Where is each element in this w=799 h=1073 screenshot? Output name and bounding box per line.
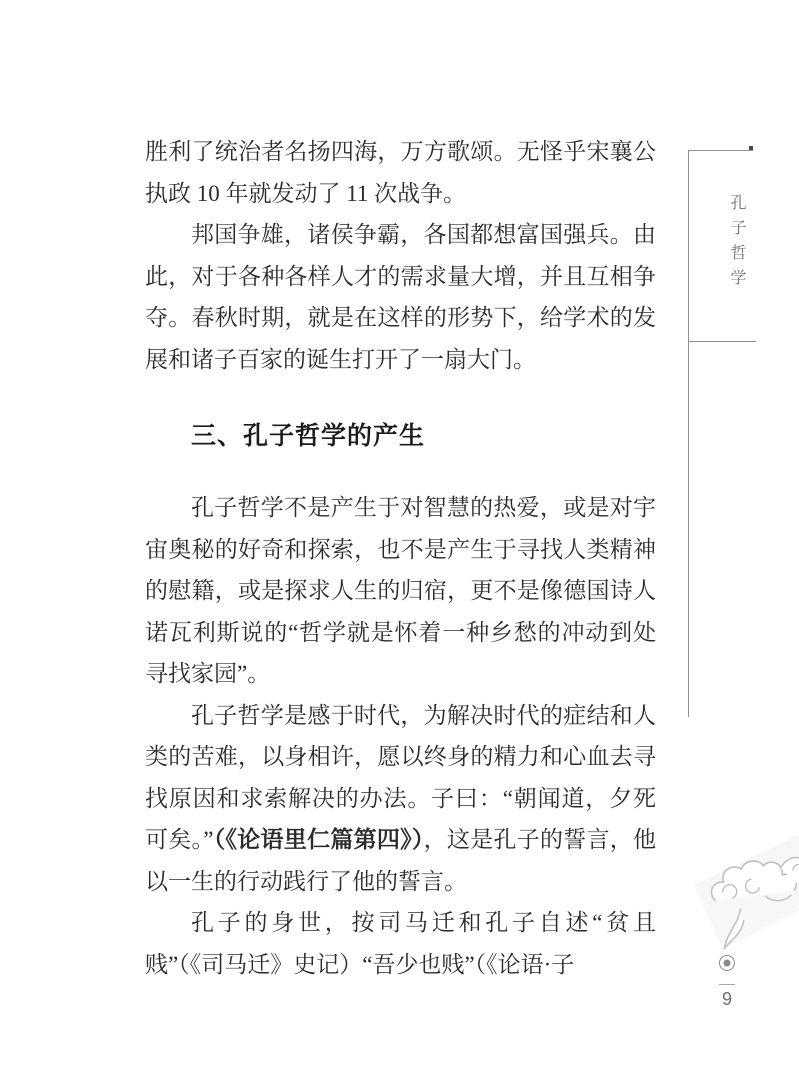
section-heading: 三、孔子哲学的产生 — [191, 416, 656, 458]
paragraph: 孔子哲学是感于时代，为解决时代的症结和人类的苦难，以身相许，愿以终身的精力和心血… — [145, 695, 656, 903]
cloud-ornament-icon — [688, 832, 799, 962]
book-page: { "page": { "number": "9" }, "margin_tab… — [0, 0, 799, 1073]
paragraph: 孔子的身世，按司马迁和孔子自述“贫且贱”（《司马迁》史记）“吾少也贱”（《论语·… — [145, 902, 656, 985]
page-number-divider — [719, 984, 735, 985]
paragraph: 邦国争雄，诸侯争霸，各国都想富国强兵。由此，对于各种各样人才的需求量大增，并且互… — [145, 214, 656, 380]
main-text-column: 胜利了统治者名扬四海，万方歌颂。无怪乎宋襄公执政 10 年就发动了 11 次战争… — [145, 131, 656, 985]
page-marker-dot — [724, 960, 731, 967]
citation-bold: （《论语里仁篇第四》） — [214, 827, 424, 852]
paragraph-continuation: 胜利了统治者名扬四海，万方歌颂。无怪乎宋襄公执政 10 年就发动了 11 次战争… — [145, 131, 656, 214]
page-marker-icon — [719, 955, 735, 971]
paragraph: 孔子哲学不是产生于对智慧的热爱，或是对宇宙奥秘的好奇和探索，也不是产生于寻找人类… — [145, 487, 656, 695]
page-number: 9 — [707, 989, 747, 1010]
margin-top-rule — [688, 150, 753, 151]
margin-rule-tick — [749, 146, 753, 150]
chapter-title-vertical: 孔子哲学 — [714, 194, 748, 344]
margin-vertical-rule — [688, 151, 689, 717]
